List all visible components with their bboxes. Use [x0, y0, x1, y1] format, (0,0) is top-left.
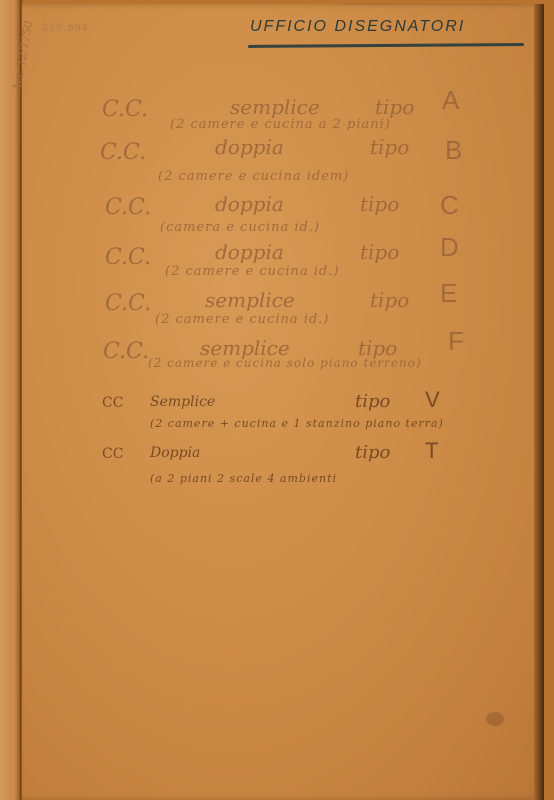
archive-number: 256.694 — [42, 22, 89, 34]
entry-letter: V — [425, 387, 440, 413]
office-title: UFFICIO DISEGNATORI — [250, 18, 465, 36]
entry-kind: semplice — [205, 288, 295, 312]
entry-tipo: tipo — [360, 192, 399, 216]
entry-desc: (2 camere e cucina id.) — [155, 312, 329, 327]
entry-letter: A — [442, 85, 459, 116]
entry-tipo: tipo — [355, 442, 390, 463]
entry-kind: Doppia — [150, 445, 200, 461]
entry-kind: doppia — [215, 192, 284, 216]
entry-cc: C.C. — [105, 195, 151, 220]
entry-letter: T — [425, 438, 438, 464]
entry-tipo-t: CC Doppia tipo T (a 2 piani 2 scale 4 am… — [0, 444, 554, 494]
entry-letter: C — [440, 190, 459, 221]
entry-kind: doppia — [215, 135, 284, 159]
entry-letter: F — [448, 326, 464, 357]
entry-kind: doppia — [215, 240, 284, 264]
entry-cc: C.C. — [105, 291, 151, 316]
entry-tipo-v: CC Semplice tipo V (2 camere + cucina e … — [0, 393, 554, 443]
entry-kind: Semplice — [150, 394, 215, 410]
entry-tipo: tipo — [370, 135, 409, 159]
entry-tipo-e: C.C. semplice tipo E (2 camere e cucina … — [0, 288, 554, 338]
entry-cc: C.C. — [103, 339, 149, 364]
entry-desc: (a 2 piani 2 scale 4 ambienti — [150, 472, 337, 485]
entry-letter: E — [440, 278, 457, 309]
entry-desc: (2 camere e cucina a 2 piani) — [170, 117, 391, 132]
entry-tipo: tipo — [375, 95, 414, 119]
entry-tipo: tipo — [370, 288, 409, 312]
entry-kind: semplice — [230, 95, 320, 119]
entry-cc: C.C. — [102, 97, 148, 122]
entry-desc: (2 camere + cucina e 1 stanzino piano te… — [150, 417, 444, 430]
entry-tipo-c: C.C. doppia tipo C (camera e cucina id.) — [0, 192, 554, 242]
entry-desc: (2 camere e cucina idem) — [158, 169, 349, 184]
entry-cc: C.C. — [100, 140, 146, 165]
entry-tipo-d: C.C. doppia tipo D (2 camere e cucina id… — [0, 240, 554, 290]
entry-letter: D — [440, 232, 459, 263]
entry-tipo: tipo — [360, 240, 399, 264]
entry-desc: (2 camere e cucina id.) — [165, 264, 339, 279]
paper-stain — [486, 712, 504, 726]
entry-tipo-f: C.C. semplice tipo F (2 camere e cucina … — [0, 336, 554, 386]
folder-tab-edge — [342, 4, 522, 11]
entry-cc: C.C. — [105, 245, 151, 270]
entry-tipo: tipo — [355, 391, 390, 412]
entry-desc: (camera e cucina id.) — [160, 220, 320, 235]
entry-letter: B — [445, 135, 462, 166]
entry-cc: CC — [102, 446, 123, 462]
entry-tipo-b: C.C. doppia tipo B (2 camere e cucina id… — [0, 135, 554, 185]
entry-desc: (2 camere e cucina solo piano terreno) — [148, 356, 422, 370]
entry-cc: CC — [102, 395, 123, 411]
